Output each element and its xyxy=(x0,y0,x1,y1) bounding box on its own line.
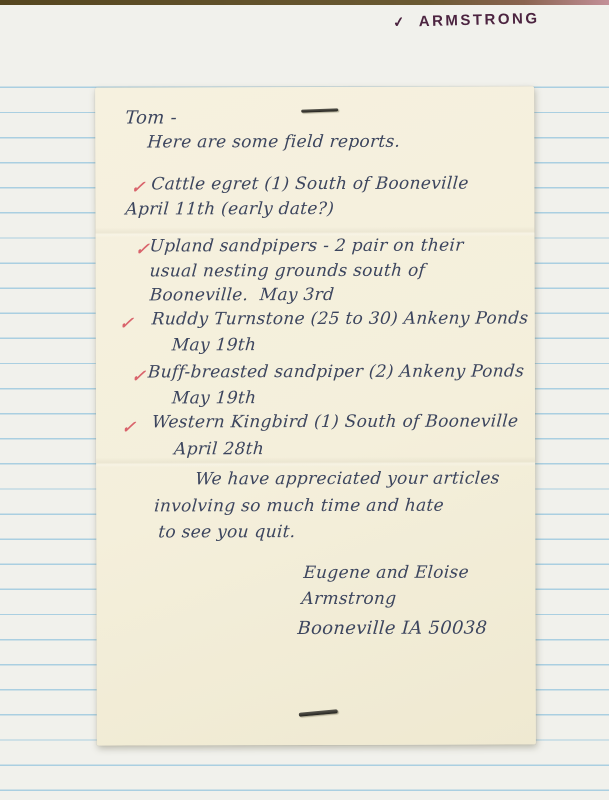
field-report-line: April 11th (early date?) xyxy=(125,199,335,220)
field-report-line: April 28th xyxy=(173,439,264,459)
closing-line: involving so much time and hate xyxy=(154,496,445,517)
checkmark-icon: ✓ xyxy=(392,13,406,31)
intro-line: Here are some field reports. xyxy=(147,132,401,153)
closing-line: We have appreciated your articles xyxy=(194,469,500,490)
field-report-line: Booneville. May 3rd xyxy=(149,285,335,305)
signature-line: Eugene and Eloise xyxy=(303,563,470,583)
field-report-line: Buff-breasted sandpiper (2) Ankeny Ponds xyxy=(147,361,525,382)
field-report-line: Upland sandpipers - 2 pair on their xyxy=(149,236,464,257)
signature-address-line: Booneville IA 50038 xyxy=(297,618,488,640)
checkmark-icon: ✓ xyxy=(130,177,146,197)
field-report-line: May 19th xyxy=(171,335,257,355)
paper-crease xyxy=(96,456,535,467)
greeting-line: Tom - xyxy=(125,107,178,128)
signature-line: Armstrong xyxy=(301,589,397,609)
scan-edge-strip xyxy=(0,0,609,5)
staple-top xyxy=(301,108,338,112)
armstrong-annotation: ✓ARMSTRONG xyxy=(393,10,540,31)
staple-bottom xyxy=(299,709,338,716)
armstrong-label: ARMSTRONG xyxy=(419,10,540,30)
field-report-line: usual nesting grounds south of xyxy=(149,261,426,282)
checkmark-icon: ✓ xyxy=(130,366,146,386)
checkmark-icon: ✓ xyxy=(121,417,137,437)
field-report-line: Western Kingbird (1) South of Booneville xyxy=(151,411,519,432)
letter-sheet: Tom - Here are some field reports. ✓ Cat… xyxy=(95,86,536,745)
checkmark-icon: ✓ xyxy=(118,313,134,333)
field-report-line: Cattle egret (1) South of Booneville xyxy=(151,174,470,195)
field-report-line: May 19th xyxy=(171,388,257,408)
closing-line: to see you quit. xyxy=(158,522,297,542)
scanned-document: ✓ARMSTRONG Tom - Here are some field rep… xyxy=(0,0,609,800)
field-report-line: Ruddy Turnstone (25 to 30) Ankeny Ponds xyxy=(151,308,529,329)
